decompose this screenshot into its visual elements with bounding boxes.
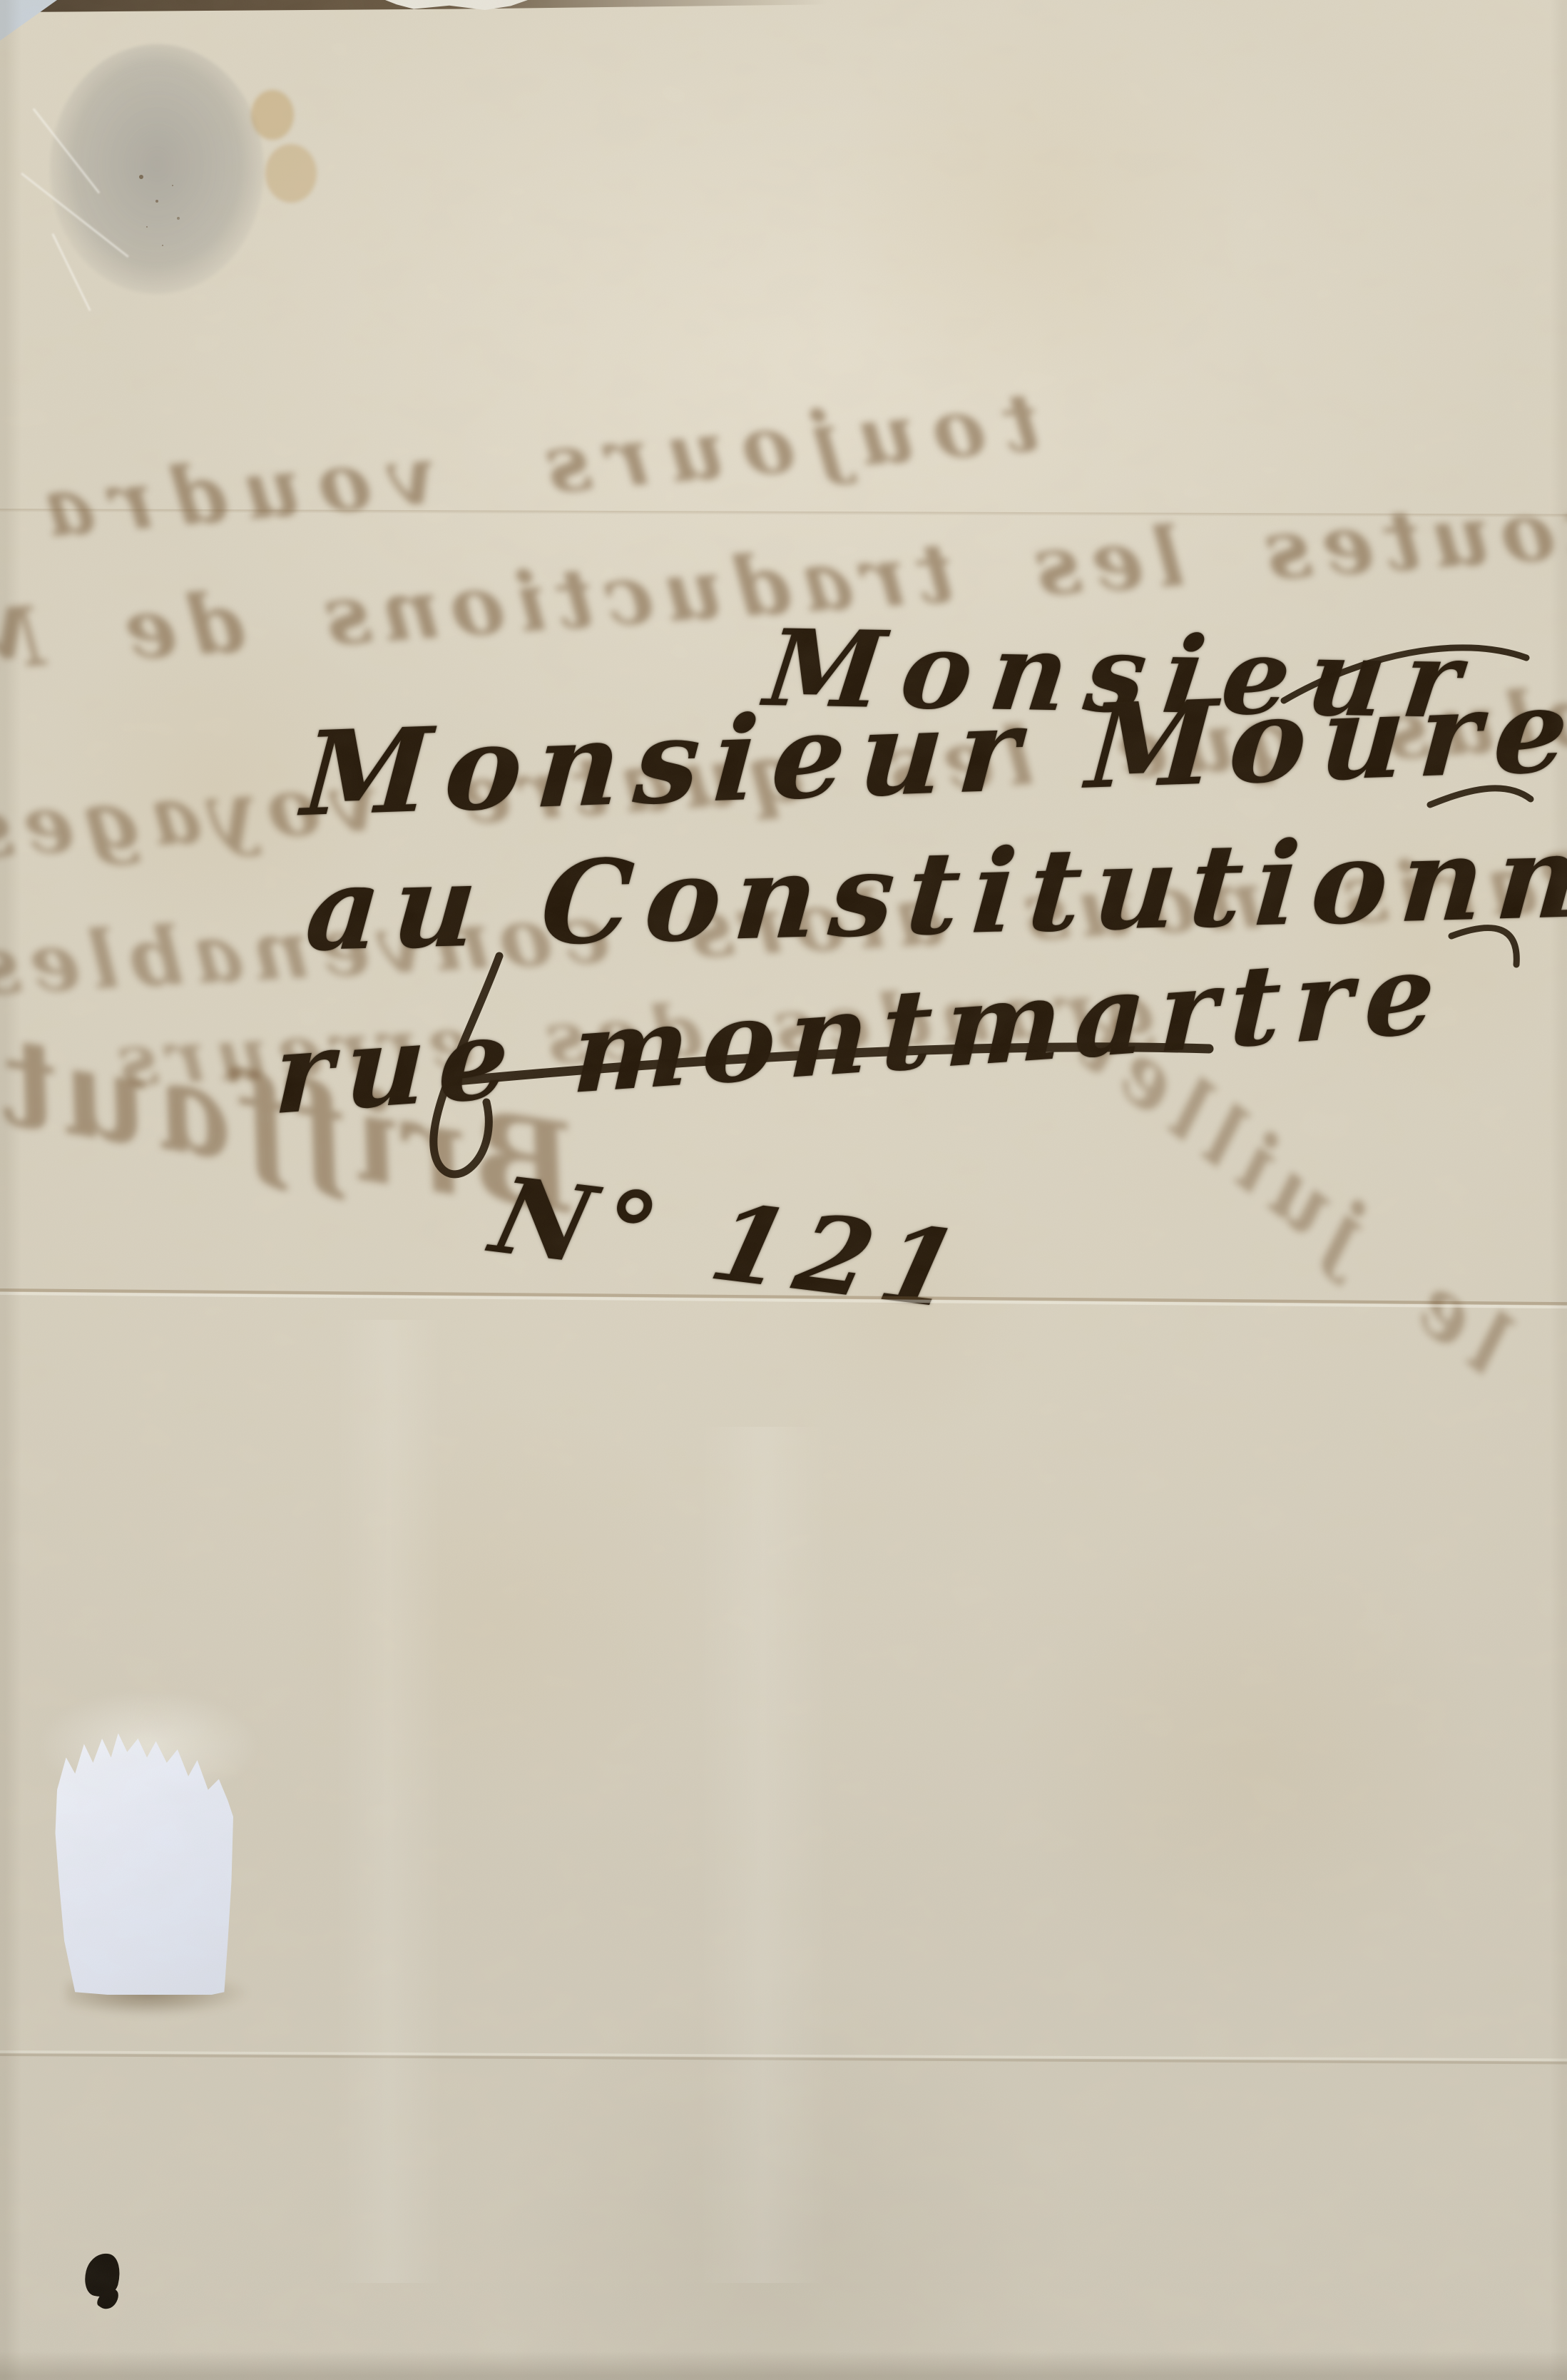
photo-of-letter: toujours voudra recevoir pas toutes les …: [0, 0, 1567, 2380]
letter-page: toujours voudra recevoir pas toutes les …: [0, 0, 1567, 2380]
paper-sheen-streak: [699, 1427, 827, 2283]
foxing-spot: [251, 90, 294, 140]
seal-stain-speckles: [139, 175, 143, 179]
paper-sheen-streak: [335, 1320, 442, 2283]
foxing-spot: [265, 144, 317, 203]
